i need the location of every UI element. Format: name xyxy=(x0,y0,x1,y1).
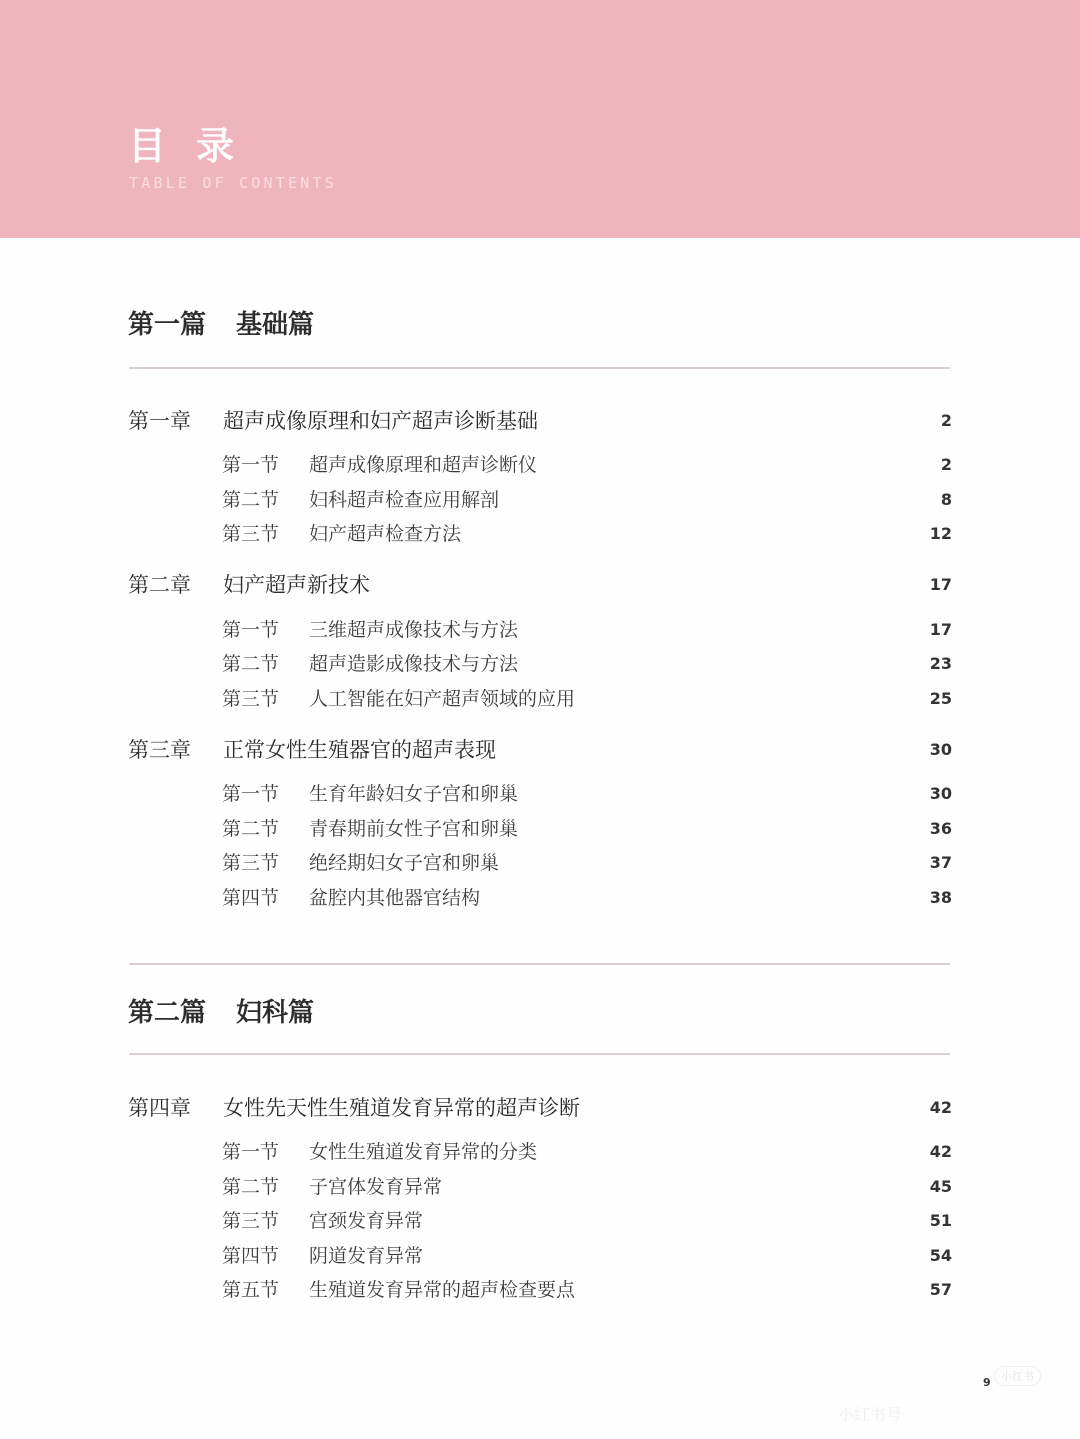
section-page: 17 xyxy=(930,616,952,644)
section-label: 第四节 xyxy=(222,884,279,912)
toc-section[interactable]: 第三节 人工智能在妇产超声领域的应用 25 xyxy=(128,685,952,713)
header-banner: 目录 TABLE OF CONTENTS xyxy=(0,0,1080,238)
section-label: 第五节 xyxy=(222,1276,279,1304)
divider xyxy=(129,367,950,369)
section-title: 盆腔内其他器官结构 xyxy=(309,884,480,912)
section-page: 51 xyxy=(930,1207,952,1235)
page-title: 目录 xyxy=(128,122,264,170)
section-page: 2 xyxy=(941,451,952,479)
section-label: 第三节 xyxy=(222,849,279,877)
toc-section[interactable]: 第二节 妇科超声检查应用解剖 8 xyxy=(128,486,952,514)
section-title: 女性生殖道发育异常的分类 xyxy=(309,1138,537,1166)
chapter-title: 女性先天性生殖道发育异常的超声诊断 xyxy=(223,1093,580,1123)
part-title: 基础篇 xyxy=(236,310,314,340)
section-page: 25 xyxy=(930,685,952,713)
toc-section[interactable]: 第二节 子宫体发育异常 45 xyxy=(128,1173,952,1201)
section-page: 45 xyxy=(930,1173,952,1201)
toc-section[interactable]: 第一节 生育年龄妇女子宫和卵巢 30 xyxy=(128,780,952,808)
section-label: 第一节 xyxy=(222,451,279,479)
toc-section[interactable]: 第一节 三维超声成像技术与方法 17 xyxy=(128,616,952,644)
section-label: 第二节 xyxy=(222,486,279,514)
toc-section[interactable]: 第一节 超声成像原理和超声诊断仪 2 xyxy=(128,451,952,479)
section-label: 第二节 xyxy=(222,815,279,843)
toc-section[interactable]: 第三节 宫颈发育异常 51 xyxy=(128,1207,952,1235)
chapter-page: 30 xyxy=(930,735,952,765)
section-page: 30 xyxy=(930,780,952,808)
toc-section[interactable]: 第二节 超声造影成像技术与方法 23 xyxy=(128,650,952,678)
section-label: 第二节 xyxy=(222,1173,279,1201)
section-page: 23 xyxy=(930,650,952,678)
section-page: 36 xyxy=(930,815,952,843)
section-title: 青春期前女性子宫和卵巢 xyxy=(309,815,518,843)
page-subtitle: TABLE OF CONTENTS xyxy=(129,174,337,192)
chapter-page: 2 xyxy=(941,406,952,436)
toc-section[interactable]: 第三节 妇产超声检查方法 12 xyxy=(128,520,952,548)
section-page: 42 xyxy=(930,1138,952,1166)
section-title: 三维超声成像技术与方法 xyxy=(309,616,518,644)
toc-section[interactable]: 第二节 青春期前女性子宫和卵巢 36 xyxy=(128,815,952,843)
section-label: 第三节 xyxy=(222,685,279,713)
section-page: 12 xyxy=(930,520,952,548)
chapter-label: 第二章 xyxy=(128,570,191,600)
divider xyxy=(129,963,950,965)
toc-chapter[interactable]: 第一章 超声成像原理和妇产超声诊断基础 2 xyxy=(128,406,952,436)
part-title: 妇科篇 xyxy=(236,998,314,1028)
toc-section[interactable]: 第一节 女性生殖道发育异常的分类 42 xyxy=(128,1138,952,1166)
section-title: 超声成像原理和超声诊断仪 xyxy=(309,451,537,479)
chapter-label: 第四章 xyxy=(128,1093,191,1123)
chapter-title: 正常女性生殖器官的超声表现 xyxy=(223,735,496,765)
toc-chapter[interactable]: 第三章 正常女性生殖器官的超声表现 30 xyxy=(128,735,952,765)
section-title: 妇科超声检查应用解剖 xyxy=(309,486,499,514)
part-heading-2: 第二篇妇科篇 xyxy=(128,996,314,1030)
section-label: 第三节 xyxy=(222,1207,279,1235)
section-page: 54 xyxy=(930,1242,952,1270)
toc-section[interactable]: 第四节 阴道发育异常 54 xyxy=(128,1242,952,1270)
section-title: 生育年龄妇女子宫和卵巢 xyxy=(309,780,518,808)
section-page: 38 xyxy=(930,884,952,912)
section-title: 妇产超声检查方法 xyxy=(309,520,461,548)
chapter-page: 17 xyxy=(930,570,952,600)
toc-section[interactable]: 第三节 绝经期妇女子宫和卵巢 37 xyxy=(128,849,952,877)
chapter-label: 第一章 xyxy=(128,406,191,436)
toc-chapter[interactable]: 第四章 女性先天性生殖道发育异常的超声诊断 42 xyxy=(128,1093,952,1123)
section-title: 人工智能在妇产超声领域的应用 xyxy=(309,685,575,713)
part-label: 第一篇 xyxy=(128,308,236,342)
divider xyxy=(129,1053,950,1055)
part-heading-1: 第一篇基础篇 xyxy=(128,308,314,342)
section-label: 第三节 xyxy=(222,520,279,548)
section-label: 第一节 xyxy=(222,1138,279,1166)
toc-section[interactable]: 第五节 生殖道发育异常的超声检查要点 57 xyxy=(128,1276,952,1304)
page-number: 9 xyxy=(983,1376,991,1389)
section-label: 第一节 xyxy=(222,780,279,808)
section-label: 第一节 xyxy=(222,616,279,644)
section-label: 第二节 xyxy=(222,650,279,678)
section-title: 生殖道发育异常的超声检查要点 xyxy=(309,1276,575,1304)
section-title: 绝经期妇女子宫和卵巢 xyxy=(309,849,499,877)
section-title: 阴道发育异常 xyxy=(309,1242,423,1270)
chapter-title: 超声成像原理和妇产超声诊断基础 xyxy=(223,406,538,436)
chapter-label: 第三章 xyxy=(128,735,191,765)
section-page: 57 xyxy=(930,1276,952,1304)
section-title: 超声造影成像技术与方法 xyxy=(309,650,518,678)
watermark-text: 小红书号 xyxy=(838,1402,902,1425)
section-page: 8 xyxy=(941,486,952,514)
toc-chapter[interactable]: 第二章 妇产超声新技术 17 xyxy=(128,570,952,600)
toc-section[interactable]: 第四节 盆腔内其他器官结构 38 xyxy=(128,884,952,912)
watermark-badge: 小红书 xyxy=(994,1366,1041,1386)
chapter-page: 42 xyxy=(930,1093,952,1123)
section-label: 第四节 xyxy=(222,1242,279,1270)
section-page: 37 xyxy=(930,849,952,877)
section-title: 宫颈发育异常 xyxy=(309,1207,423,1235)
part-label: 第二篇 xyxy=(128,996,236,1030)
section-title: 子宫体发育异常 xyxy=(309,1173,442,1201)
chapter-title: 妇产超声新技术 xyxy=(223,570,370,600)
